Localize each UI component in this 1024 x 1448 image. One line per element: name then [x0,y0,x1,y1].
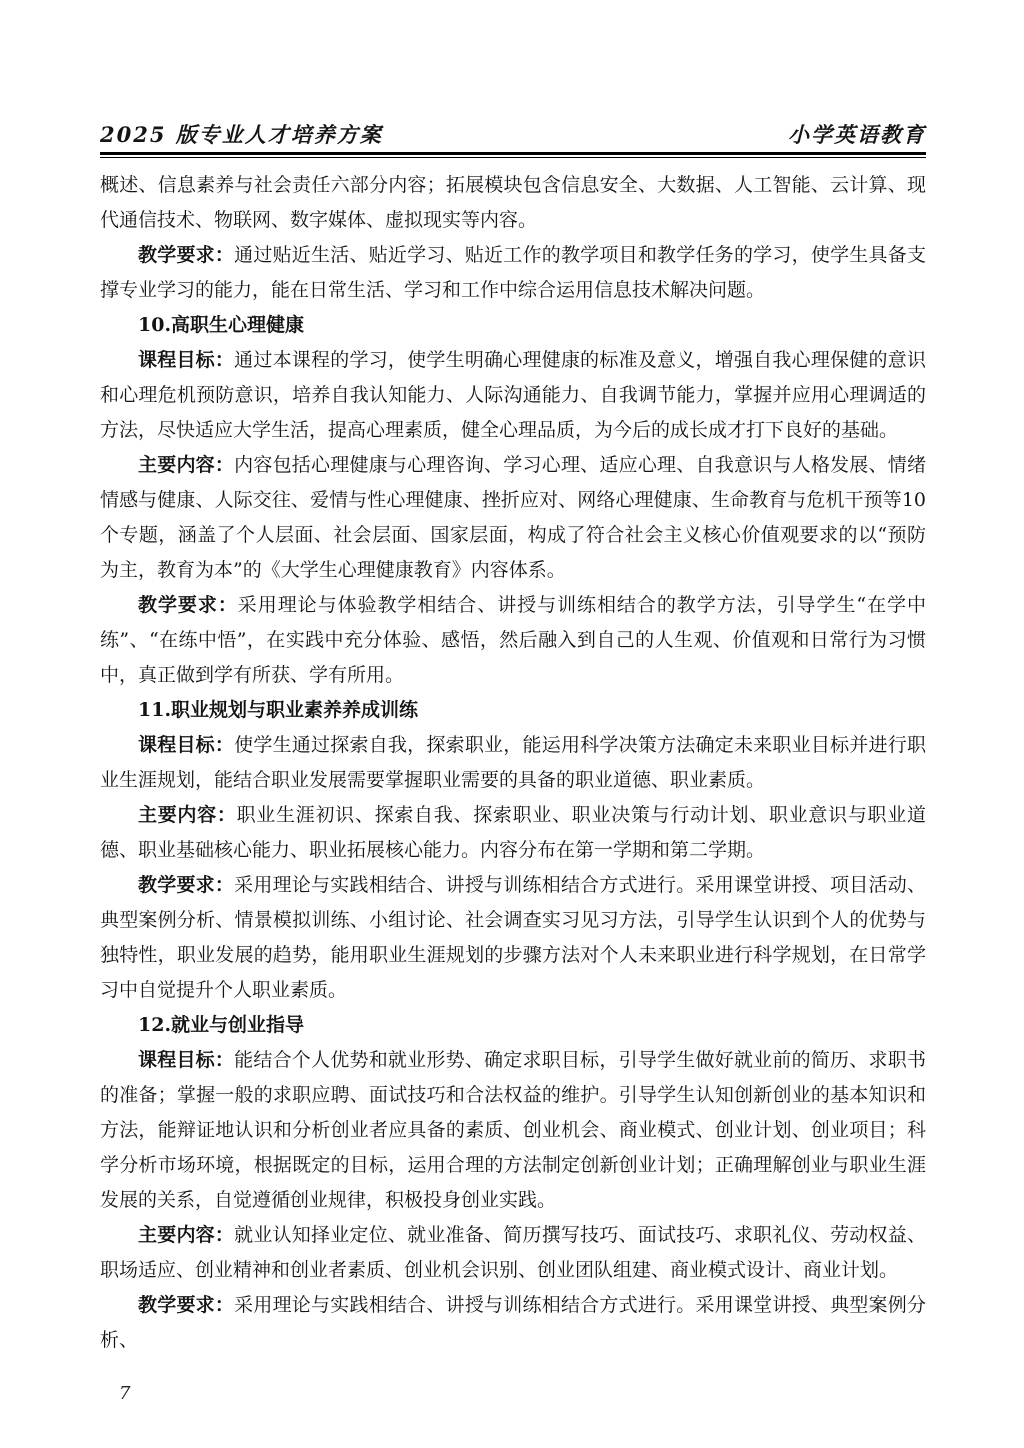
section-heading-12: 12.就业与创业指导 [100,1008,926,1043]
paragraph-teaching-requirements: 教学要求：采用理论与体验教学相结合、讲授与训练相结合的教学方法，引导学生“在学中… [100,588,926,693]
paragraph-label: 主要内容： [138,804,237,826]
paragraph-main-content: 主要内容：职业生涯初识、探索自我、探索职业、职业决策与行动计划、职业意识与职业道… [100,798,926,868]
paragraph-label: 教学要求： [138,1294,234,1316]
paragraph-teaching-requirements: 教学要求：通过贴近生活、贴近学习、贴近工作的教学项目和教学任务的学习，使学生具备… [100,238,926,308]
header-left-title: 2025 版专业人才培养方案 [100,122,383,148]
paragraph-continuation: 概述、信息素养与社会责任六部分内容；拓展模块包含信息安全、大数据、人工智能、云计… [100,168,926,238]
header-divider-thick-line [100,152,926,155]
page-number: 7 [119,1383,130,1404]
paragraph-course-objectives: 课程目标：通过本课程的学习，使学生明确心理健康的标准及意义，增强自我心理保健的意… [100,343,926,448]
header-right-title: 小学英语教育 [788,122,926,148]
paragraph-label: 课程目标： [138,1049,234,1071]
paragraph-label: 课程目标： [138,349,234,371]
section-heading-11: 11.职业规划与职业素养养成训练 [100,693,926,728]
paragraph-main-content: 主要内容：内容包括心理健康与心理咨询、学习心理、适应心理、自我意识与人格发展、情… [100,448,926,588]
paragraph-course-objectives: 课程目标：使学生通过探索自我，探索职业，能运用科学决策方法确定未来职业目标并进行… [100,728,926,798]
heading-text: 12.就业与创业指导 [138,1014,304,1036]
paragraph-label: 教学要求： [138,594,238,616]
paragraph-label: 主要内容： [138,1224,234,1246]
paragraph-text: 能结合个人优势和就业形势、确定求职目标，引导学生做好就业前的简历、求职书的准备；… [100,1049,926,1211]
section-heading-10: 10.高职生心理健康 [100,308,926,343]
paragraph-main-content: 主要内容：就业认知择业定位、就业准备、简历撰写技巧、面试技巧、求职礼仪、劳动权益… [100,1218,926,1288]
header-divider [100,152,926,158]
paragraph-teaching-requirements: 教学要求：采用理论与实践相结合、讲授与训练相结合方式进行。采用课堂讲授、项目活动… [100,868,926,1008]
document-page: 2025 版专业人才培养方案 小学英语教育 概述、信息素养与社会责任六部分内容；… [0,0,1024,1448]
paragraph-label: 课程目标： [138,734,234,756]
heading-text: 11.职业规划与职业素养养成训练 [138,699,418,721]
header-divider-thin-line [100,157,926,158]
paragraph-label: 教学要求： [138,244,234,266]
paragraph-label: 教学要求： [138,874,234,896]
paragraph-label: 主要内容： [138,454,234,476]
paragraph-course-objectives: 课程目标：能结合个人优势和就业形势、确定求职目标，引导学生做好就业前的简历、求职… [100,1043,926,1218]
document-body: 概述、信息素养与社会责任六部分内容；拓展模块包含信息安全、大数据、人工智能、云计… [100,168,926,1358]
page-header: 2025 版专业人才培养方案 小学英语教育 [100,122,926,148]
paragraph-teaching-requirements: 教学要求：采用理论与实践相结合、讲授与训练相结合方式进行。采用课堂讲授、典型案例… [100,1288,926,1358]
paragraph-text: 概述、信息素养与社会责任六部分内容；拓展模块包含信息安全、大数据、人工智能、云计… [100,174,926,231]
heading-text: 10.高职生心理健康 [138,314,304,336]
